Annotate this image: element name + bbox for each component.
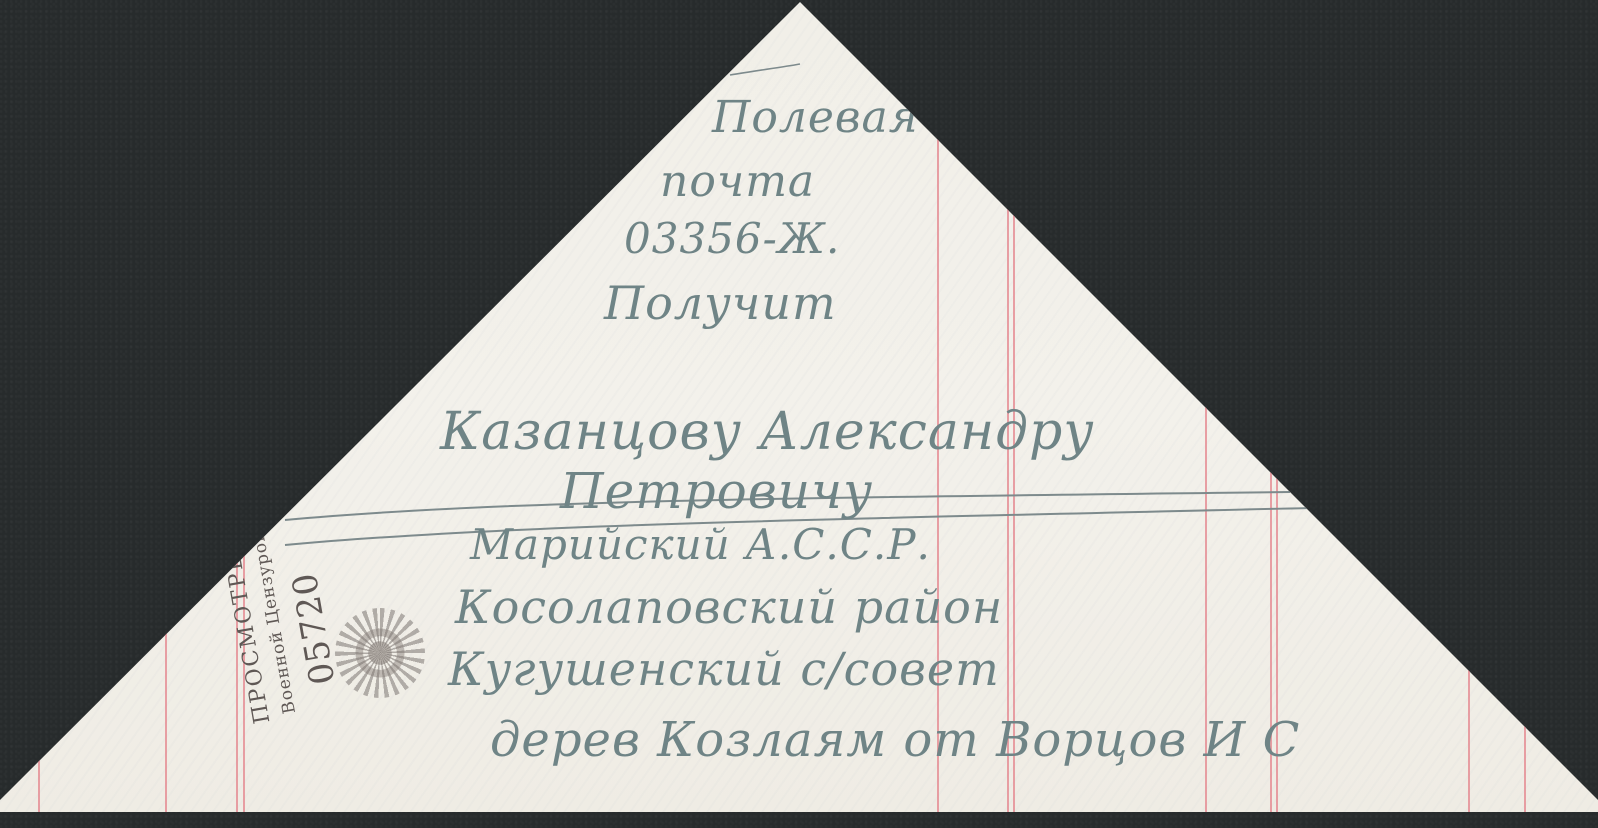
- address-line-recipient-label: Получит: [604, 276, 837, 330]
- address-line-field-post: Полевая: [712, 92, 919, 143]
- triangle-letter: Полевая почта 03356-Ж. Получит Казанцову…: [0, 0, 1598, 828]
- recipient-name: Казанцову Александру: [440, 402, 1095, 462]
- address-line-post: почта: [660, 156, 815, 207]
- address-village-sender: дерев Козлаям от Ворцов И С: [490, 712, 1300, 768]
- red-rule: [38, 0, 40, 828]
- red-rule: [1524, 0, 1526, 828]
- photo-scene: Полевая почта 03356-Ж. Получит Казанцову…: [0, 0, 1598, 828]
- address-region: Марийский А.С.С.Р.: [470, 520, 931, 569]
- address-district: Косолаповский район: [455, 580, 1003, 634]
- recipient-patronymic: Петровичу: [560, 462, 873, 520]
- stamp-number: 05720: [284, 569, 343, 687]
- address-council: Кугушенский с/совет: [448, 642, 1000, 696]
- address-line-post-number: 03356-Ж.: [624, 214, 840, 263]
- coat-of-arms-stamp-icon: [335, 608, 425, 698]
